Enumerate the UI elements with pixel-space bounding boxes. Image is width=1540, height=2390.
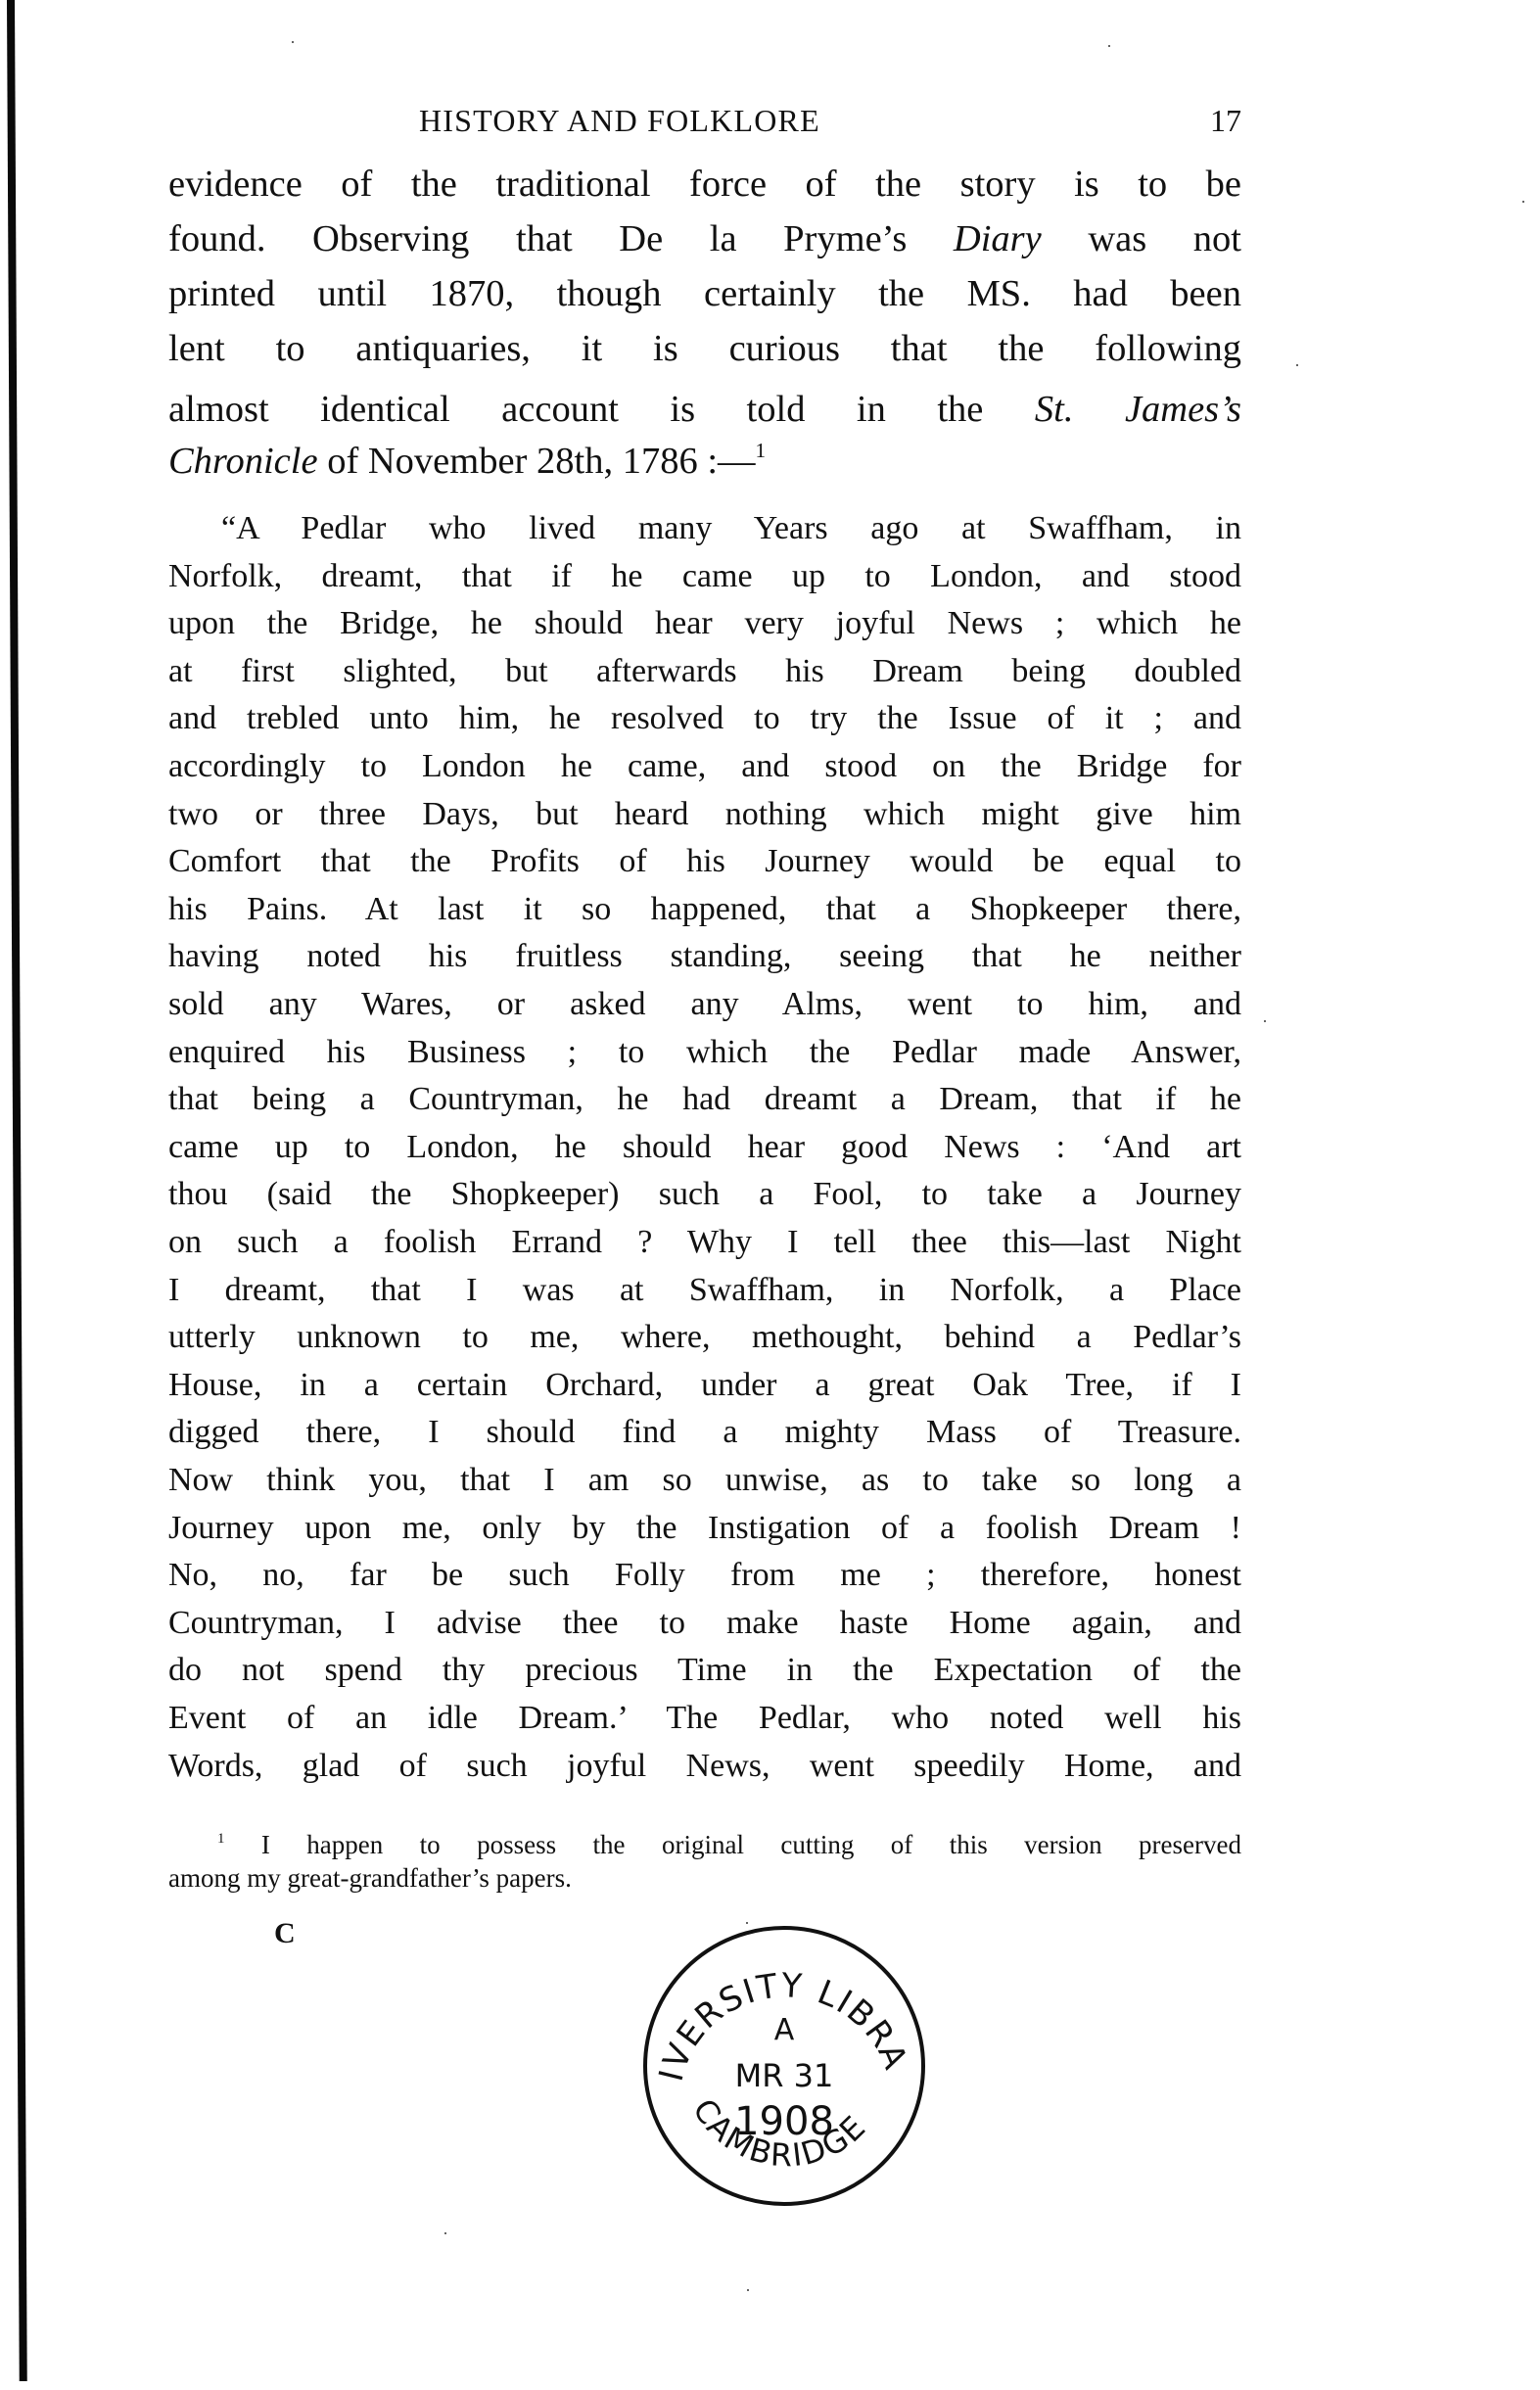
text-line: almost identical account is told in the …: [168, 382, 1241, 437]
running-title: HISTORY AND FOLKLORE: [419, 96, 820, 145]
quote-line: Now think you, that I am so unwise, as t…: [168, 1457, 1241, 1504]
quote-line: and trebled unto him, he resolved to try…: [168, 695, 1241, 742]
italic-title: Diary: [954, 218, 1042, 259]
line-text: among my great-grandfather’s papers.: [168, 1863, 572, 1893]
quote-line: thou (said the Shopkeeper) such a Fool, …: [168, 1171, 1241, 1218]
scan-speck: [292, 41, 294, 43]
text-line: Chronicle of November 28th, 1786 :—1: [168, 434, 1241, 489]
stamp-year: 1908: [734, 2099, 834, 2144]
scan-speck: [444, 2232, 446, 2234]
quote-line: came up to London, he should hear good N…: [168, 1124, 1241, 1171]
text-line: found. Observing that De la Pryme’s Diar…: [168, 211, 1241, 266]
quote-line: upon the Bridge, he should hear very joy…: [168, 600, 1241, 647]
page-binding-edge: [7, 0, 27, 2381]
quote-line: Words, glad of such joyful News, went sp…: [168, 1743, 1241, 1790]
quote-line: I dreamt, that I was at Swaffham, in Nor…: [168, 1267, 1241, 1314]
stamp-letter: A: [774, 2013, 795, 2047]
quote-line: at first slighted, but afterwards his Dr…: [168, 648, 1241, 695]
quote-line: utterly unknown to me, where, methought,…: [168, 1314, 1241, 1361]
scan-speck: [1264, 1020, 1266, 1022]
quote-line: enquired his Business ; to which the Ped…: [168, 1029, 1241, 1076]
footnote-reference[interactable]: 1: [756, 439, 767, 462]
text-line: evidence of the traditional force of the…: [168, 157, 1241, 211]
line-text: I happen to possess the original cutting…: [261, 1830, 1241, 1859]
stamp-date: MR 31: [735, 2057, 834, 2094]
scan-speck: [1296, 364, 1298, 366]
scan-speck: [1108, 45, 1110, 47]
footnote-line: 1 I happen to possess the original cutti…: [217, 1827, 1241, 1862]
text-line: printed until 1870, though certainly the…: [168, 266, 1241, 321]
quote-line: digged there, I should find a mighty Mas…: [168, 1409, 1241, 1456]
line-text: of November 28th, 1786 :—: [318, 441, 756, 482]
quote-line: sold any Wares, or asked any Alms, went …: [168, 981, 1241, 1028]
quote-line: on such a foolish Errand ? Why I tell th…: [168, 1219, 1241, 1266]
quote-line: that being a Countryman, he had dreamt a…: [168, 1076, 1241, 1123]
italic-title: St. James’s: [1035, 389, 1241, 430]
quote-line: Norfolk, dreamt, that if he came up to L…: [168, 553, 1241, 600]
line-text: was not: [1042, 218, 1241, 259]
text-line: lent to antiquaries, it is curious that …: [168, 321, 1241, 376]
quote-line: Countryman, I advise thee to make haste …: [168, 1600, 1241, 1647]
quote-line: two or three Days, but heard nothing whi…: [168, 791, 1241, 838]
footnote-line: among my great-grandfather’s papers.: [168, 1860, 1241, 1896]
line-text: printed until 1870, though certainly the…: [168, 273, 1241, 314]
library-stamp-icon: UNIVERSITY LIBRARY CAMBRIDGE A MR 31 190…: [641, 1924, 927, 2208]
line-text: almost identical account is told in the: [168, 389, 1035, 430]
line-text: found. Observing that De la Pryme’s: [168, 218, 954, 259]
quote-line: accordingly to London he came, and stood…: [168, 743, 1241, 790]
scan-speck: [747, 2289, 749, 2291]
quote-line: Event of an idle Dream.’ The Pedlar, who…: [168, 1695, 1241, 1742]
footnote-marker: 1: [217, 1831, 224, 1847]
quote-line: his Pains. At last it so happened, that …: [168, 886, 1241, 933]
page-number: 17: [1210, 96, 1241, 145]
signature-mark: C: [274, 1914, 296, 1953]
line-text: lent to antiquaries, it is curious that …: [168, 328, 1241, 369]
quote-line: “A Pedlar who lived many Years ago at Sw…: [221, 505, 1241, 552]
quote-line: do not spend thy precious Time in the Ex…: [168, 1647, 1241, 1694]
scan-speck: [1522, 201, 1524, 203]
running-head: HISTORY AND FOLKLORE 17: [0, 96, 1540, 145]
line-text: evidence of the traditional force of the…: [168, 164, 1241, 205]
quote-line: No, no, far be such Folly from me ; ther…: [168, 1552, 1241, 1599]
quote-line: House, in a certain Orchard, under a gre…: [168, 1362, 1241, 1409]
italic-title: Chronicle: [168, 441, 318, 482]
quote-line: having noted his fruitless standing, see…: [168, 933, 1241, 980]
quote-line: Journey upon me, only by the Instigation…: [168, 1505, 1241, 1552]
quote-line: Comfort that the Profits of his Journey …: [168, 838, 1241, 885]
